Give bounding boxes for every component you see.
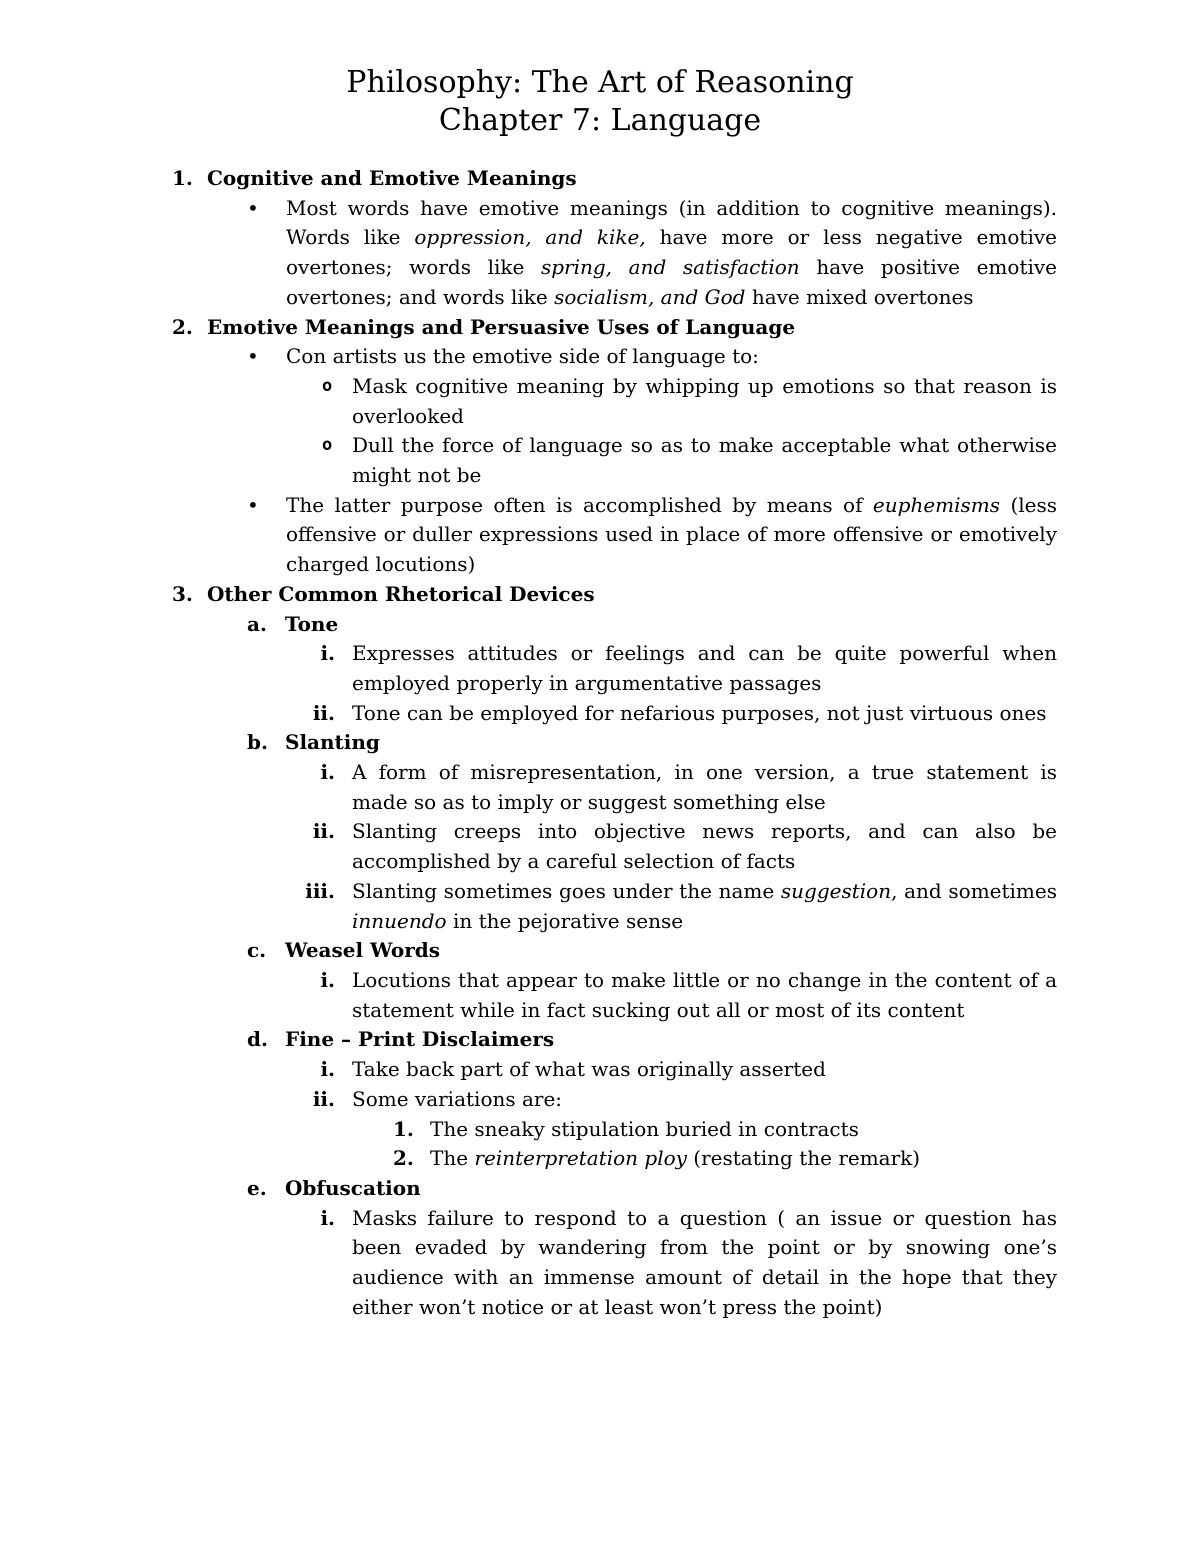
- outline-text: Mask cognitive meaning by whipping up em…: [352, 374, 1057, 428]
- outline-text: The sneaky stipulation buried in contrac…: [430, 1117, 859, 1141]
- outline-text: Masks failure to respond to a question (…: [352, 1206, 1057, 1319]
- outline-text: Con artists us the emotive side of langu…: [286, 344, 759, 368]
- outline-item: oDull the force of language so as to mak…: [172, 431, 1057, 490]
- list-roman: ii.: [264, 699, 335, 729]
- outline-item: oMask cognitive meaning by whipping up e…: [172, 372, 1057, 431]
- outline-item: i.Locutions that appear to make little o…: [172, 966, 1057, 1025]
- outline-text: Some variations are:: [352, 1087, 562, 1111]
- list-number: 1.: [393, 1115, 414, 1145]
- list-roman: ii.: [264, 817, 335, 847]
- outline-item: i.Take back part of what was originally …: [172, 1055, 1057, 1085]
- outline-item: •Most words have emotive meanings (in ad…: [172, 194, 1057, 313]
- outline-item: 1.The sneaky stipulation buried in contr…: [172, 1115, 1057, 1145]
- outline-item: ii.Slanting creeps into objective news r…: [172, 817, 1057, 876]
- outline: 1.Cognitive and Emotive Meanings•Most wo…: [172, 164, 1057, 1322]
- outline-text: Slanting sometimes goes under the name s…: [352, 879, 1057, 933]
- outline-text: Take back part of what was originally as…: [352, 1057, 826, 1081]
- title-block: Philosophy: The Art of Reasoning Chapter…: [0, 0, 1200, 140]
- outline-text: Fine – Print Disclaimers: [285, 1027, 554, 1051]
- outline-item: d.Fine – Print Disclaimers: [172, 1025, 1057, 1055]
- list-roman: i.: [264, 639, 335, 669]
- bullet-icon: •: [247, 342, 259, 372]
- list-number: 2.: [172, 313, 193, 343]
- list-letter: e.: [247, 1174, 267, 1204]
- outline-item: e.Obfuscation: [172, 1174, 1057, 1204]
- outline-item: 1.Cognitive and Emotive Meanings: [172, 164, 1057, 194]
- outline-text: Slanting creeps into objective news repo…: [352, 819, 1057, 873]
- circle-bullet-icon: o: [322, 372, 332, 402]
- outline-text: Weasel Words: [285, 938, 440, 962]
- list-roman: i.: [264, 758, 335, 788]
- outline-text: Locutions that appear to make little or …: [352, 968, 1057, 1022]
- outline-item: •Con artists us the emotive side of lang…: [172, 342, 1057, 372]
- outline-item: 2.The reinterpretation ploy (restating t…: [172, 1144, 1057, 1174]
- outline-text: Dull the force of language so as to make…: [352, 433, 1057, 487]
- bullet-icon: •: [247, 194, 259, 224]
- list-roman: i.: [264, 1204, 335, 1234]
- outline-text: Most words have emotive meanings (in add…: [286, 196, 1057, 309]
- list-letter: c.: [247, 936, 266, 966]
- list-roman: iii.: [264, 877, 335, 907]
- outline-text: Other Common Rhetorical Devices: [207, 582, 595, 606]
- list-roman: i.: [264, 1055, 335, 1085]
- list-letter: b.: [247, 728, 268, 758]
- page-subtitle: Chapter 7: Language: [0, 102, 1200, 140]
- outline-text: The latter purpose often is accomplished…: [286, 493, 1057, 576]
- outline-item: iii.Slanting sometimes goes under the na…: [172, 877, 1057, 936]
- outline-text: A form of misrepresentation, in one vers…: [352, 760, 1057, 814]
- outline-text: Emotive Meanings and Persuasive Uses of …: [207, 315, 795, 339]
- circle-bullet-icon: o: [322, 431, 332, 461]
- outline-item: •The latter purpose often is accomplishe…: [172, 491, 1057, 580]
- bullet-icon: •: [247, 491, 259, 521]
- document-page: Philosophy: The Art of Reasoning Chapter…: [0, 0, 1200, 1553]
- outline-item: i.A form of misrepresentation, in one ve…: [172, 758, 1057, 817]
- page-title: Philosophy: The Art of Reasoning: [0, 64, 1200, 102]
- outline-item: ii.Tone can be employed for nefarious pu…: [172, 699, 1057, 729]
- outline-item: i.Expresses attitudes or feelings and ca…: [172, 639, 1057, 698]
- outline-text: Slanting: [285, 730, 380, 754]
- outline-item: b.Slanting: [172, 728, 1057, 758]
- outline-text: Tone: [285, 612, 338, 636]
- outline-text: Expresses attitudes or feelings and can …: [352, 641, 1057, 695]
- outline-item: i.Masks failure to respond to a question…: [172, 1204, 1057, 1323]
- outline-text: The reinterpretation ploy (restating the…: [430, 1146, 920, 1170]
- outline-item: 3.Other Common Rhetorical Devices: [172, 580, 1057, 610]
- outline-item: 2.Emotive Meanings and Persuasive Uses o…: [172, 313, 1057, 343]
- outline-text: Cognitive and Emotive Meanings: [207, 166, 577, 190]
- outline-item: c.Weasel Words: [172, 936, 1057, 966]
- list-roman: i.: [264, 966, 335, 996]
- list-roman: ii.: [264, 1085, 335, 1115]
- list-number: 2.: [393, 1144, 414, 1174]
- list-number: 3.: [172, 580, 193, 610]
- outline-text: Tone can be employed for nefarious purpo…: [352, 701, 1046, 725]
- list-number: 1.: [172, 164, 193, 194]
- outline-item: a.Tone: [172, 610, 1057, 640]
- list-letter: d.: [247, 1025, 268, 1055]
- outline-text: Obfuscation: [285, 1176, 421, 1200]
- outline-item: ii.Some variations are:: [172, 1085, 1057, 1115]
- list-letter: a.: [247, 610, 267, 640]
